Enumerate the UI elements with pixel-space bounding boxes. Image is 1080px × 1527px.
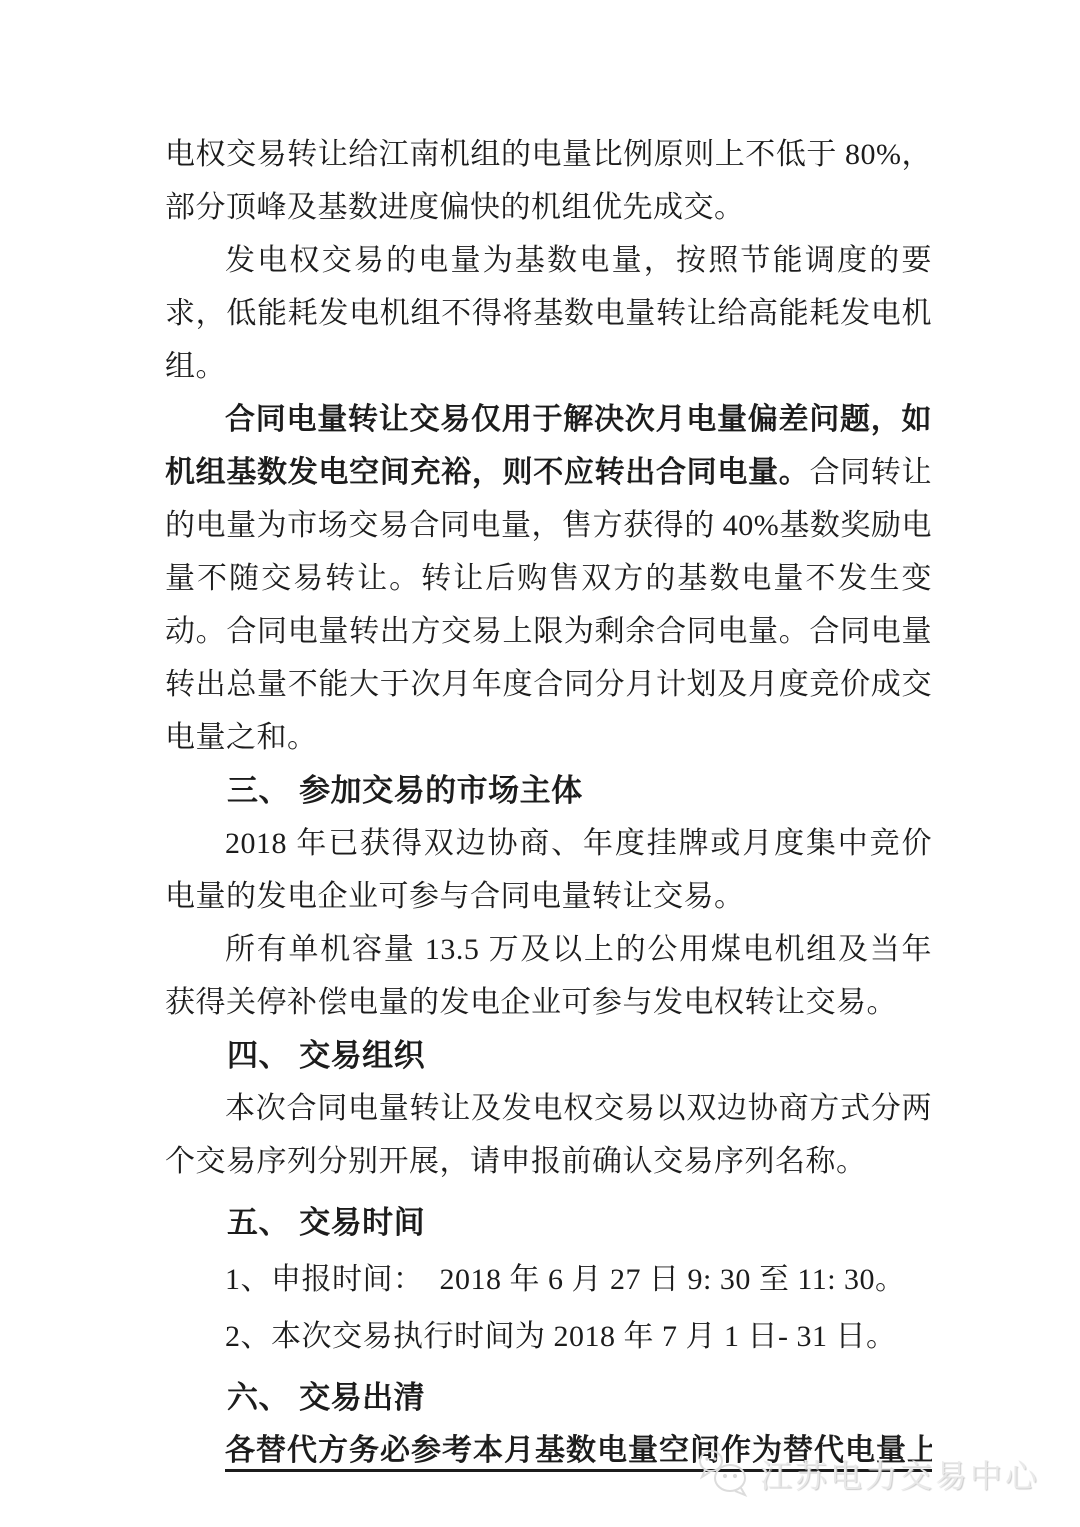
section-heading-trade-clearing: 六、 交易出清 xyxy=(165,1371,932,1424)
paragraph-eligible-contract: 2018 年已获得双边协商、年度挂牌或月度集中竞价电量的发电企业可参与合同电量转… xyxy=(165,817,932,923)
underlined-emphasis-text: 各替代方务必参考本月基数电量空间作为替代电量上 xyxy=(225,1434,932,1467)
section-heading-trade-time: 五、 交易时间 xyxy=(165,1196,932,1249)
section-heading-market-participants: 三、 参加交易的市场主体 xyxy=(165,764,932,817)
document-page: 电权交易转让给江南机组的电量比例原则上不低于 80%，部分顶峰及基数进度偏快的机… xyxy=(0,0,1080,1527)
declaration-time-item: 1、申报时间： 2018 年 6 月 27 日 9: 30 至 11: 30。 xyxy=(165,1253,932,1306)
paragraph-trade-organization: 本次合同电量转让及发电权交易以双边协商方式分两个交易序列分别开展，请申报前确认交… xyxy=(165,1082,932,1188)
paragraph-contract-transfer-rest: 合同转让的电量为市场交易合同电量，售方获得的 40%基数奖励电量不随交易转让。转… xyxy=(165,456,932,754)
section-heading-trade-organization: 四、 交易组织 xyxy=(165,1029,932,1082)
paragraph-generation-rights: 发电权交易的电量为基数电量，按照节能调度的要求，低能耗发电机组不得将基数电量转让… xyxy=(165,234,932,393)
paragraph-contract-transfer: 合同电量转让交易仅用于解决次月电量偏差问题，如机组基数发电空间充裕，则不应转出合… xyxy=(165,393,932,764)
paragraph-eligible-generation: 所有单机容量 13.5 万及以上的公用煤电机组及当年获得关停补偿电量的发电企业可… xyxy=(165,923,932,1029)
paragraph-clearing-underlined: 各替代方务必参考本月基数电量空间作为替代电量上 xyxy=(165,1424,932,1477)
execution-time-item: 2、本次交易执行时间为 2018 年 7 月 1 日- 31 日。 xyxy=(165,1310,932,1363)
paragraph-continuation: 电权交易转让给江南机组的电量比例原则上不低于 80%，部分顶峰及基数进度偏快的机… xyxy=(165,128,932,234)
